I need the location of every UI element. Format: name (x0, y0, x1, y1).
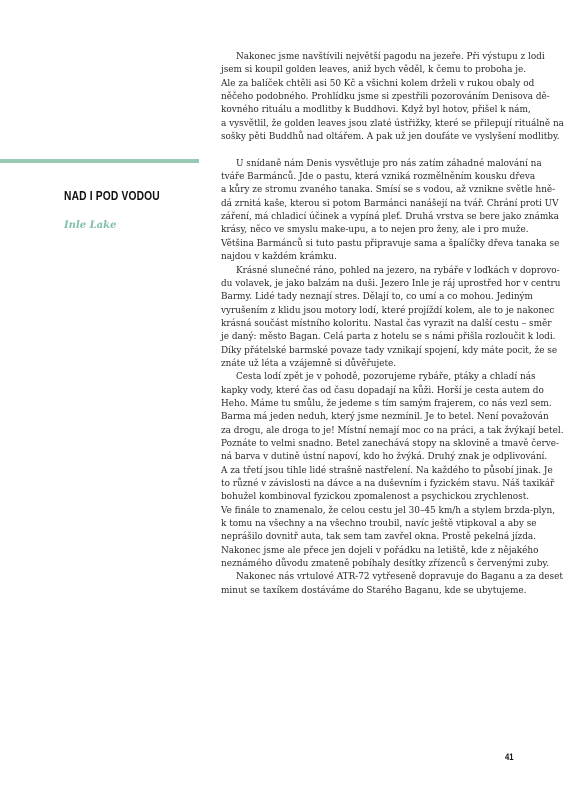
text-line: Díky přátelské barmské povaze tady vznik… (221, 345, 521, 358)
page-number: 41 (505, 752, 514, 762)
paragraph-gap (221, 144, 521, 157)
article-body: Nakonec jsme navštívili největší pagodu … (221, 51, 521, 598)
text-line: bohužel kombinoval fyzickou zpomalenost … (221, 491, 521, 504)
section-subheading: Inle Lake (64, 220, 116, 231)
text-line: Ale za balíček chtěli asi 50 Kč a všichn… (221, 78, 521, 91)
text-line: kovného rituálu a modlitby k Buddhovi. K… (221, 104, 521, 117)
text-line: krásy, něco ve smyslu make-upu, a to nej… (221, 224, 521, 237)
text-line: k tomu na všechny a na všechno troubil, … (221, 518, 521, 531)
text-line: Cesta lodí zpět je v pohodě, pozorujeme … (221, 371, 521, 384)
text-line: tváře Barmánců. Jde o pastu, která vznik… (221, 171, 521, 184)
text-line: neprášilo dovnitř auta, tak sem tam zavř… (221, 531, 521, 544)
text-line: du volavek, je jako balzám na duši. Jeze… (221, 278, 521, 291)
text-line: Barma má jeden neduh, který jsme nezmíni… (221, 411, 521, 424)
accent-rule (0, 159, 199, 163)
text-line: za drogu, ale droga to je! Místní nemají… (221, 425, 521, 438)
text-line: sošky pěti Buddhů nad oltářem. A pak už … (221, 131, 521, 144)
text-line: najdou v každém krámku. (221, 251, 521, 264)
text-line: kapky vody, které čas od času dopadají n… (221, 385, 521, 398)
text-line: Krásné slunečné ráno, pohled na jezero, … (221, 265, 521, 278)
text-line: A za třetí jsou tihle lidé strašně nastř… (221, 465, 521, 478)
text-line: je daný: město Bagan. Celá parta z hotel… (221, 331, 521, 344)
text-line: Nakonec jsme navštívili největší pagodu … (221, 51, 521, 64)
text-line: záření, má chladicí účinek a vypíná pleť… (221, 211, 521, 224)
text-line: Nakonec jsme ale přece jen dojeli v pořá… (221, 545, 521, 558)
section-heading: NAD I POD VODOU (64, 189, 160, 203)
text-line: a kůry ze stromu zvaného tanaka. Smísí s… (221, 184, 521, 197)
text-line: znáte už léta a vzájemně si důvěřujete. (221, 358, 521, 371)
text-line: ná barva v dutině ústní napoví, kdo ho ž… (221, 451, 521, 464)
text-line: dá zrnitá kaše, kterou si potom Barmánci… (221, 198, 521, 211)
text-line: Barmy. Lidé tady neznají stres. Dělají t… (221, 291, 521, 304)
text-line: neznámého důvodu zmateně pobíhaly desítk… (221, 558, 521, 571)
text-line: Ve finále to znamenalo, že celou cestu j… (221, 505, 521, 518)
text-line: Většina Barmánců si tuto pastu připravuj… (221, 238, 521, 251)
text-line: krásná součást místního koloritu. Nastal… (221, 318, 521, 331)
text-line: Poznáte to velmi snadno. Betel zanechává… (221, 438, 521, 451)
text-line: a vysvětlil, že golden leaves jsou zlaté… (221, 118, 521, 131)
text-line: Heho. Máme tu smůlu, že jedeme s tím sam… (221, 398, 521, 411)
text-line: to různé v závislosti na dávce a na duše… (221, 478, 521, 491)
text-line: vyrušením z klidu jsou motory lodí, kter… (221, 305, 521, 318)
text-line: minut se taxíkem dostáváme do Starého Ba… (221, 585, 521, 598)
text-line: jsem si koupil golden leaves, aniž bych … (221, 64, 521, 77)
text-line: U snídaně nám Denis vysvětluje pro nás z… (221, 158, 521, 171)
text-line: něčeho podobného. Prohlídku jsme si zpes… (221, 91, 521, 104)
text-line: Nakonec nás vrtulové ATR-72 vytřeseně do… (221, 571, 521, 584)
